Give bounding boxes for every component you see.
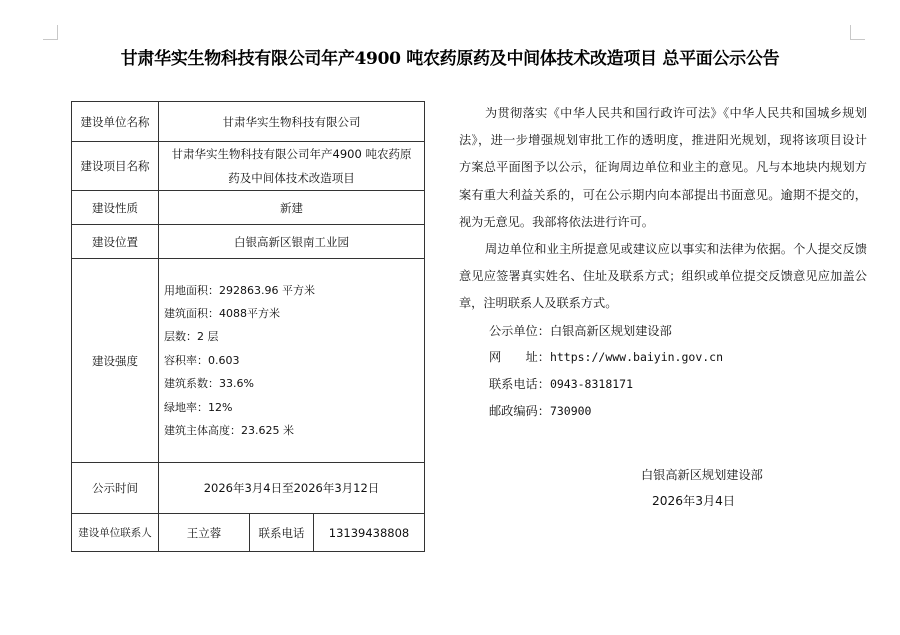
row-label: 建设项目名称: [72, 142, 159, 191]
row-label: 建设单位名称: [72, 102, 159, 142]
detail-phone: 联系电话：0943-8318171: [459, 371, 867, 398]
row-value-intensity: 用地面积：292863.96 平方米 建筑面积：4088平方米 层数：2 层 容…: [159, 259, 425, 463]
table-row-contact: 建设单位联系人 王立蓉 联系电话 13139438808: [72, 514, 425, 552]
detail-postcode: 邮政编码：730900: [459, 398, 867, 425]
project-info-table: 建设单位名称 甘肃华实生物科技有限公司 建设项目名称 甘肃华实生物科技有限公司年…: [71, 101, 425, 552]
row-label: 建设位置: [72, 225, 159, 259]
table-row: 建设单位名称 甘肃华实生物科技有限公司: [72, 102, 425, 142]
detail-publisher: 公示单位：白银高新区规划建设部: [459, 318, 867, 345]
table-row: 建设项目名称 甘肃华实生物科技有限公司年产4900 吨农药原 药及中间体技术改造…: [72, 142, 425, 191]
contact-name: 王立蓉: [159, 514, 250, 552]
table-row: 建设性质 新建: [72, 191, 425, 225]
notice-paragraph: 为贯彻落实《中华人民共和国行政许可法》《中华人民共和国城乡规划法》，进一步增强规…: [459, 100, 867, 236]
row-label: 建设性质: [72, 191, 159, 225]
row-value: 白银高新区银南工业园: [159, 225, 425, 259]
page-corner-mark-top-left: [43, 25, 58, 40]
table-row: 公示时间 2026年3月4日至2026年3月12日: [72, 463, 425, 514]
detail-website: 网 址：https://www.baiyin.gov.cn: [459, 344, 867, 371]
document-title: 甘肃华实生物科技有限公司年产4900 吨农药原药及中间体技术改造项目 总平面公示…: [0, 44, 900, 69]
row-value: 甘肃华实生物科技有限公司: [159, 102, 425, 142]
notice-body: 为贯彻落实《中华人民共和国行政许可法》《中华人民共和国城乡规划法》，进一步增强规…: [459, 100, 867, 425]
contact-phone-label: 联系电话: [250, 514, 314, 552]
website-link[interactable]: https://www.baiyin.gov.cn: [550, 350, 723, 364]
signature-date: 2026年3月4日: [652, 492, 735, 509]
table-row: 建设强度 用地面积：292863.96 平方米 建筑面积：4088平方米 层数：…: [72, 259, 425, 463]
page-corner-mark-top-right: [850, 25, 865, 40]
signature-org: 白银高新区规划建设部: [641, 466, 763, 483]
row-label: 公示时间: [72, 463, 159, 514]
notice-paragraph: 周边单位和业主所提意见或建议应以事实和法律为依据。个人提交反馈意见应签署真实姓名…: [459, 236, 867, 318]
row-label: 建设强度: [72, 259, 159, 463]
contact-label: 建设单位联系人: [72, 514, 159, 552]
contact-phone: 13139438808: [314, 514, 425, 552]
table-row: 建设位置 白银高新区银南工业园: [72, 225, 425, 259]
row-value: 新建: [159, 191, 425, 225]
row-value: 2026年3月4日至2026年3月12日: [159, 463, 425, 514]
row-value: 甘肃华实生物科技有限公司年产4900 吨农药原 药及中间体技术改造项目: [159, 142, 425, 191]
